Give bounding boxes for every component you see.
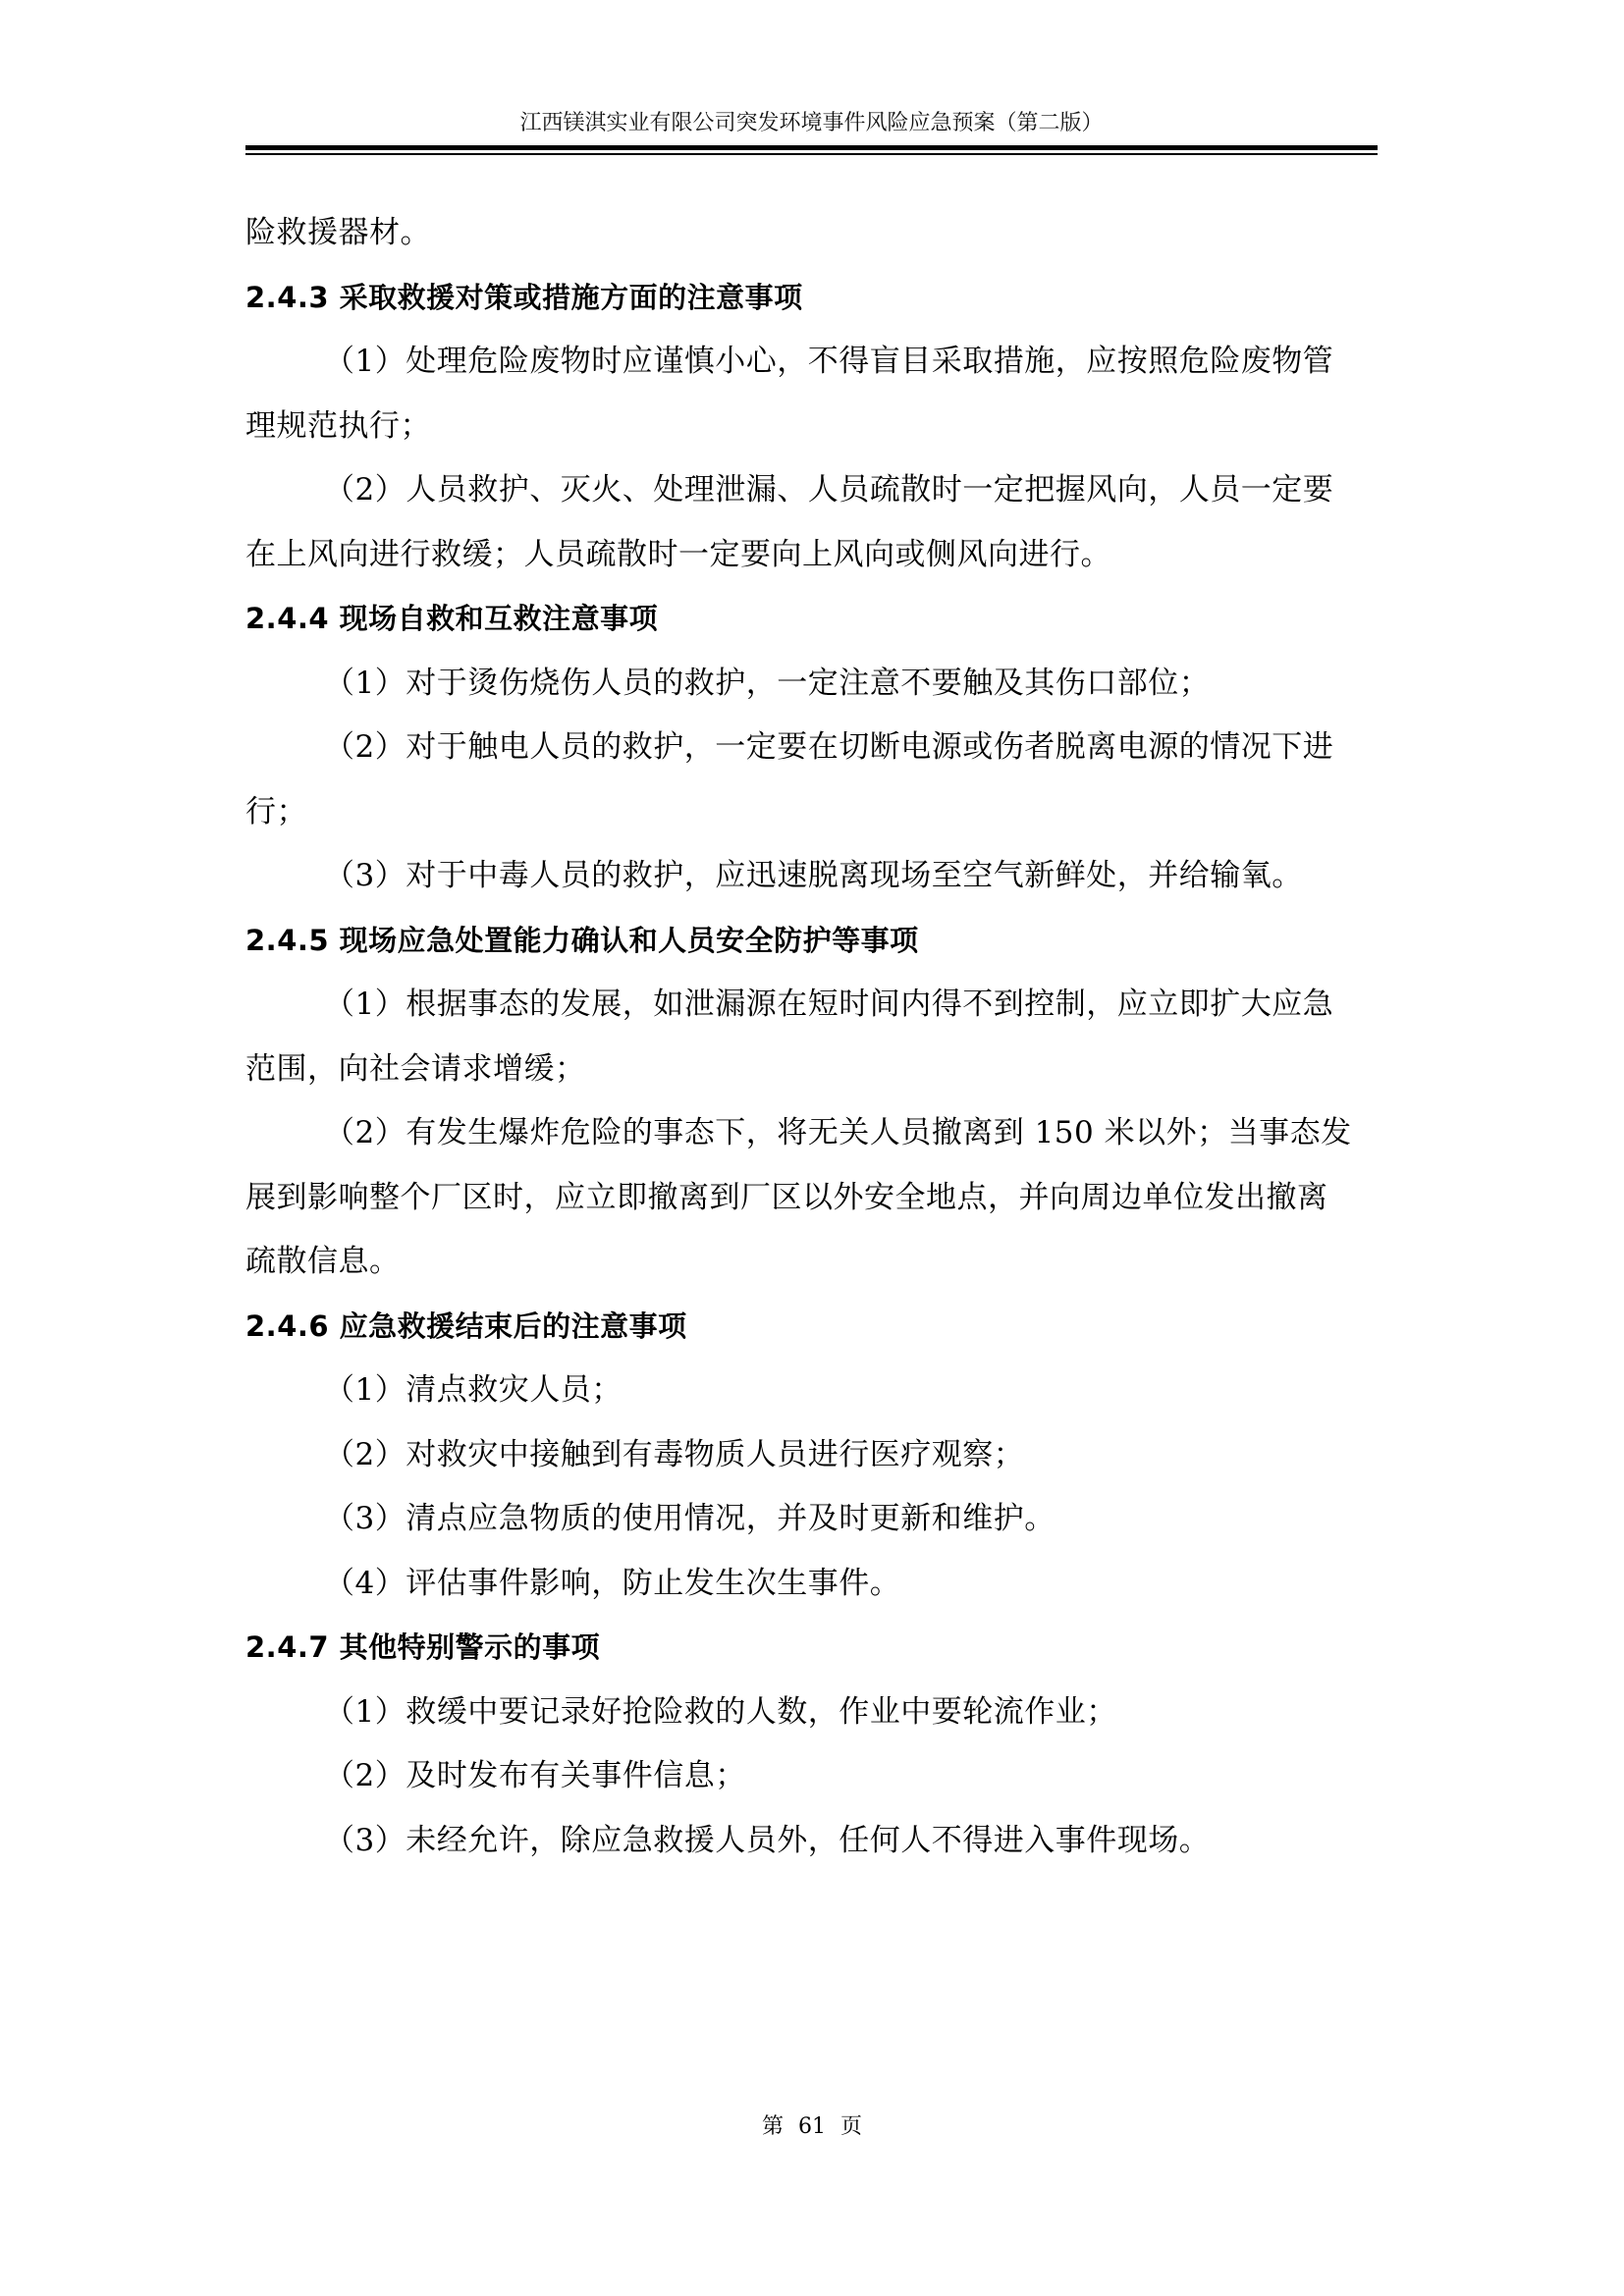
- paragraph-line: 展到影响整个厂区时，应立即撤离到厂区以外安全地点，并向周边单位发出撤离: [245, 1166, 1384, 1231]
- section-heading-2-4-5: 2.4.5 现场应急处置能力确认和人员安全防护等事项: [245, 909, 1384, 974]
- paragraph-line: （2）人员救护、灭火、处理泄漏、人员疏散时一定把握风向，人员一定要: [245, 458, 1384, 523]
- paragraph-line: （1）救缓中要记录好抢险救的人数，作业中要轮流作业；: [245, 1681, 1384, 1745]
- paragraph-line: 在上风向进行救缓；人员疏散时一定要向上风向或侧风向进行。: [245, 523, 1384, 588]
- paragraph-line: 疏散信息。: [245, 1230, 1384, 1295]
- page-header-title: 江西镁淇实业有限公司突发环境事件风险应急预案（第二版）: [245, 110, 1378, 137]
- paragraph-line: （4）评估事件影响，防止发生次生事件。: [245, 1552, 1384, 1617]
- paragraph-line: 理规范执行；: [245, 395, 1384, 459]
- paragraph-line: （1）清点救灾人员；: [245, 1359, 1384, 1423]
- page-number: 第 61 页: [0, 2113, 1624, 2141]
- paragraph-line: 范围，向社会请求增缓；: [245, 1038, 1384, 1102]
- section-heading-2-4-6: 2.4.6 应急救援结束后的注意事项: [245, 1295, 1384, 1360]
- section-heading-2-4-4: 2.4.4 现场自救和互救注意事项: [245, 587, 1384, 652]
- document-body: 险救援器材。 2.4.3 采取救援对策或措施方面的注意事项 （1）处理危险废物时…: [245, 201, 1384, 1873]
- paragraph-line: （2）对于触电人员的救护，一定要在切断电源或伤者脱离电源的情况下进: [245, 716, 1384, 780]
- paragraph-line: 行；: [245, 780, 1384, 845]
- continuation-line: 险救援器材。: [245, 201, 1384, 266]
- paragraph-line: （1）根据事态的发展，如泄漏源在短时间内得不到控制，应立即扩大应急: [245, 973, 1384, 1038]
- section-heading-2-4-3: 2.4.3 采取救援对策或措施方面的注意事项: [245, 266, 1384, 331]
- paragraph-line: （2）及时发布有关事件信息；: [245, 1744, 1384, 1809]
- section-heading-2-4-7: 2.4.7 其他特别警示的事项: [245, 1616, 1384, 1681]
- paragraph-line: （2）对救灾中接触到有毒物质人员进行医疗观察；: [245, 1423, 1384, 1488]
- paragraph-line: （2）有发生爆炸危险的事态下，将无关人员撤离到 150 米以外；当事态发: [245, 1101, 1384, 1166]
- paragraph-line: （3）未经允许，除应急救援人员外，任何人不得进入事件现场。: [245, 1809, 1384, 1874]
- paragraph-line: （1）处理危险废物时应谨慎小心，不得盲目采取措施，应按照危险废物管: [245, 330, 1384, 395]
- paragraph-line: （3）清点应急物质的使用情况，并及时更新和维护。: [245, 1487, 1384, 1552]
- paragraph-line: （3）对于中毒人员的救护，应迅速脱离现场至空气新鲜处，并给输氧。: [245, 844, 1384, 909]
- header-rule-thin: [245, 153, 1378, 155]
- header-rule-thick: [245, 145, 1378, 150]
- paragraph-line: （1）对于烫伤烧伤人员的救护，一定注意不要触及其伤口部位；: [245, 652, 1384, 717]
